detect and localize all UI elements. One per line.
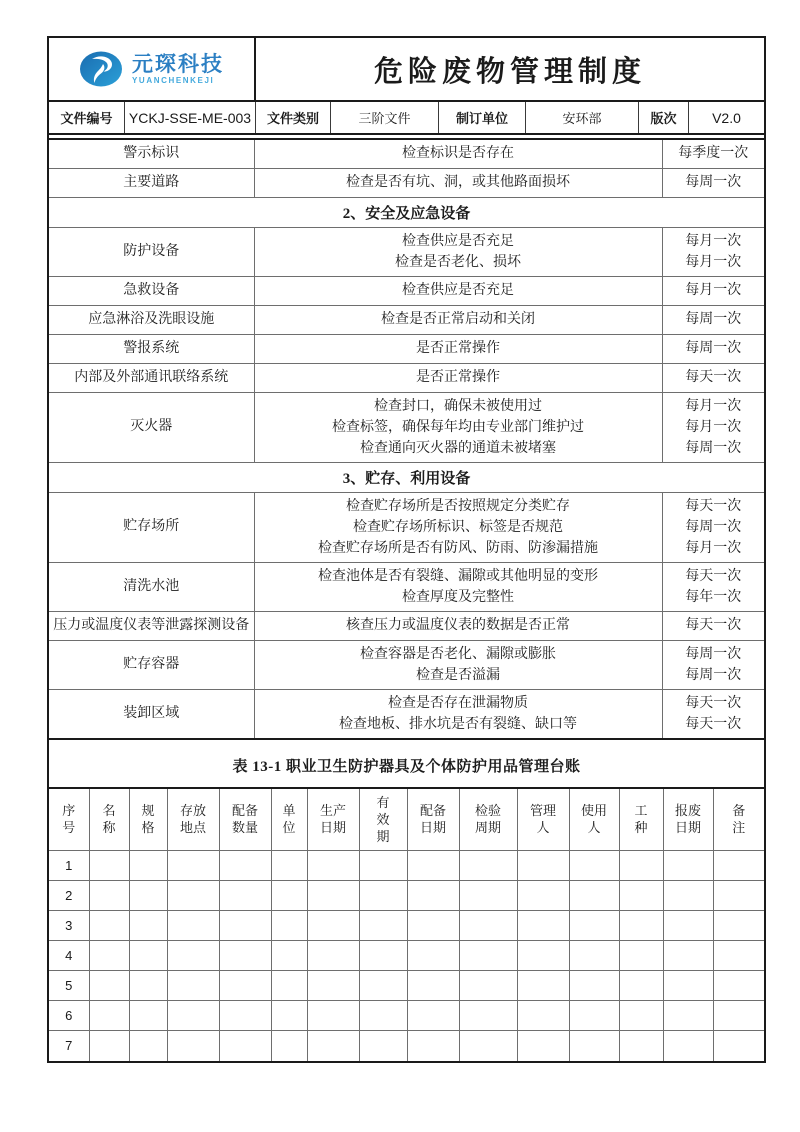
ledger-empty-cell	[89, 851, 129, 881]
ledger-empty-cell	[167, 881, 219, 911]
ledger-empty-cell	[663, 881, 713, 911]
inspection-check-content: 检查标识是否存在	[254, 139, 662, 168]
ledger-row: 2	[49, 881, 764, 911]
ledger-header-cell: 序号	[49, 788, 89, 851]
ledger-empty-cell	[307, 851, 359, 881]
inspection-check-content: 核查压力或温度仪表的数据是否正常	[254, 611, 662, 640]
inspection-check-content: 检查是否存在泄漏物质检查地板、排水坑是否有裂缝、缺口等	[254, 689, 662, 739]
ledger-header-cell: 检验周期	[459, 788, 517, 851]
inspection-check-content: 检查是否正常启动和关闭	[254, 305, 662, 334]
ledger-empty-cell	[89, 1031, 129, 1061]
ledger-empty-cell	[129, 1031, 167, 1061]
ledger-empty-cell	[713, 881, 764, 911]
inspection-check-content: 检查是否有坑、洞，或其他路面损坏	[254, 168, 662, 197]
brand-name-en: YUANCHENKEJI	[132, 77, 224, 85]
ledger-empty-cell	[407, 941, 459, 971]
check-line: 检查是否存在泄漏物质	[259, 693, 658, 714]
ledger-empty-cell	[713, 911, 764, 941]
logo-text: 元琛科技 YUANCHENKEJI	[132, 54, 224, 85]
ledger-empty-cell	[129, 1001, 167, 1031]
ledger-empty-cell	[307, 941, 359, 971]
ledger-header-cell: 规格	[129, 788, 167, 851]
ledger-empty-cell	[307, 971, 359, 1001]
frequency-line: 每周一次	[667, 338, 761, 359]
frequency-line: 每天一次	[667, 693, 761, 714]
ledger-empty-cell	[89, 911, 129, 941]
inspection-item-name: 内部及外部通讯联络系统	[49, 363, 254, 392]
ledger-empty-cell	[271, 1001, 307, 1031]
inspection-frequency: 每周一次	[662, 168, 764, 197]
ledger-empty-cell	[271, 1031, 307, 1061]
ledger-empty-cell	[713, 941, 764, 971]
check-line: 检查标签，确保每年均由专业部门维护过	[259, 417, 658, 438]
check-line: 检查供应是否充足	[259, 280, 658, 301]
inspection-check-content: 检查封口，确保未被使用过检查标签，确保每年均由专业部门维护过检查通向灭火器的通道…	[254, 392, 662, 462]
document-header: 元琛科技 YUANCHENKEJI 危险废物管理制度	[49, 38, 764, 102]
inspection-frequency: 每天一次每年一次	[662, 562, 764, 611]
ledger-row-number: 5	[49, 971, 89, 1001]
frequency-line: 每天一次	[667, 566, 761, 587]
frequency-line: 每月一次	[667, 231, 761, 252]
frequency-line: 每月一次	[667, 396, 761, 417]
inspection-item-name: 防护设备	[49, 227, 254, 276]
inspection-check-content: 是否正常操作	[254, 363, 662, 392]
ledger-empty-cell	[167, 911, 219, 941]
ledger-header-cell: 存放地点	[167, 788, 219, 851]
ledger-empty-cell	[663, 941, 713, 971]
ledger-empty-cell	[307, 1001, 359, 1031]
ledger-empty-cell	[167, 971, 219, 1001]
frequency-line: 每年一次	[667, 587, 761, 608]
inspection-frequency: 每季度一次	[662, 139, 764, 168]
ledger-empty-cell	[619, 851, 663, 881]
ledger-table-title: 表 13-1 职业卫生防护器具及个体防护用品管理台账	[49, 755, 764, 776]
inspection-item-row: 贮存容器检查容器是否老化、漏隙或膨胀检查是否溢漏每周一次每周一次	[49, 640, 764, 689]
inspection-frequency: 每月一次每月一次	[662, 227, 764, 276]
inspection-item-name: 清洗水池	[49, 562, 254, 611]
check-line: 检查是否有坑、洞，或其他路面损坏	[259, 172, 658, 193]
ledger-table-body: 1 2 3 4 5 6 7	[49, 851, 764, 1061]
ledger-header-cell: 名称	[89, 788, 129, 851]
check-line: 检查地板、排水坑是否有裂缝、缺口等	[259, 714, 658, 735]
doc-number-value: YCKJ-SSE-ME-003	[125, 102, 256, 133]
ledger-empty-cell	[459, 911, 517, 941]
ledger-empty-cell	[619, 881, 663, 911]
inspection-check-content: 检查供应是否充足检查是否老化、损坏	[254, 227, 662, 276]
ledger-row: 5	[49, 971, 764, 1001]
ledger-header-row: 序号名称规格存放地点配备数量单位生产日期有效期配备日期检验周期管理人使用人工种报…	[49, 788, 764, 851]
check-line: 检查通向灭火器的通道未被堵塞	[259, 438, 658, 459]
ledger-empty-cell	[167, 1031, 219, 1061]
frequency-line: 每月一次	[667, 417, 761, 438]
inspection-item-row: 防护设备检查供应是否充足检查是否老化、损坏每月一次每月一次	[49, 227, 764, 276]
ledger-header-cell: 报废日期	[663, 788, 713, 851]
ledger-empty-cell	[359, 971, 407, 1001]
inspection-item-row: 警报系统是否正常操作每周一次	[49, 334, 764, 363]
inspection-frequency: 每周一次	[662, 334, 764, 363]
check-line: 检查标识是否存在	[259, 143, 658, 164]
ledger-empty-cell	[459, 881, 517, 911]
inspection-check-content: 是否正常操作	[254, 334, 662, 363]
ledger-empty-cell	[663, 911, 713, 941]
ledger-empty-cell	[407, 971, 459, 1001]
ledger-empty-cell	[569, 1031, 619, 1061]
inspection-frequency: 每周一次	[662, 305, 764, 334]
ledger-empty-cell	[713, 971, 764, 1001]
inspection-frequency: 每天一次每周一次每月一次	[662, 492, 764, 562]
ledger-row: 1	[49, 851, 764, 881]
ledger-empty-cell	[307, 1031, 359, 1061]
frequency-line: 每周一次	[667, 172, 761, 193]
ledger-empty-cell	[271, 911, 307, 941]
inspection-item-name: 贮存容器	[49, 640, 254, 689]
ledger-empty-cell	[219, 941, 271, 971]
doc-category-label: 文件类别	[256, 102, 331, 133]
check-line: 检查池体是否有裂缝、漏隙或其他明显的变形	[259, 566, 658, 587]
ledger-empty-cell	[407, 1001, 459, 1031]
ledger-empty-cell	[619, 941, 663, 971]
ledger-empty-cell	[129, 911, 167, 941]
ledger-empty-cell	[219, 1001, 271, 1031]
ledger-row: 3	[49, 911, 764, 941]
inspection-item-row: 清洗水池检查池体是否有裂缝、漏隙或其他明显的变形检查厚度及完整性每天一次每年一次	[49, 562, 764, 611]
inspection-check-content: 检查供应是否充足	[254, 276, 662, 305]
ledger-header-cell: 工种	[619, 788, 663, 851]
inspection-item-name: 主要道路	[49, 168, 254, 197]
frequency-line: 每月一次	[667, 538, 761, 559]
ledger-empty-cell	[407, 851, 459, 881]
ledger-row-number: 6	[49, 1001, 89, 1031]
ledger-row: 6	[49, 1001, 764, 1031]
ledger-header-cell: 配备日期	[407, 788, 459, 851]
inspection-item-row: 压力或温度仪表等泄露探测设备核查压力或温度仪表的数据是否正常每天一次	[49, 611, 764, 640]
check-line: 检查厚度及完整性	[259, 587, 658, 608]
inspection-frequency: 每月一次每月一次每周一次	[662, 392, 764, 462]
ledger-row-number: 4	[49, 941, 89, 971]
ledger-empty-cell	[271, 881, 307, 911]
ledger-empty-cell	[517, 851, 569, 881]
frequency-line: 每周一次	[667, 438, 761, 459]
doc-category-value: 三阶文件	[331, 102, 439, 133]
ledger-empty-cell	[569, 881, 619, 911]
frequency-line: 每周一次	[667, 309, 761, 330]
ledger-empty-cell	[167, 941, 219, 971]
ledger-empty-cell	[407, 881, 459, 911]
ledger-header-cell: 单位	[271, 788, 307, 851]
doc-unit-value: 安环部	[526, 102, 639, 133]
ledger-header-cell: 配备数量	[219, 788, 271, 851]
inspection-item-name: 警报系统	[49, 334, 254, 363]
inspection-item-name: 应急淋浴及洗眼设施	[49, 305, 254, 334]
inspection-item-name: 灭火器	[49, 392, 254, 462]
frequency-line: 每周一次	[667, 665, 761, 686]
ledger-empty-cell	[517, 941, 569, 971]
doc-version-value: V2.0	[689, 102, 764, 133]
ledger-empty-cell	[219, 851, 271, 881]
frequency-line: 每月一次	[667, 280, 761, 301]
ledger-empty-cell	[569, 1001, 619, 1031]
inspection-check-content: 检查贮存场所是否按照规定分类贮存检查贮存场所标识、标签是否规范检查贮存场所是否有…	[254, 492, 662, 562]
frequency-line: 每周一次	[667, 517, 761, 538]
ledger-row-number: 7	[49, 1031, 89, 1061]
ledger-empty-cell	[459, 851, 517, 881]
ledger-empty-cell	[517, 1001, 569, 1031]
frequency-line: 每天一次	[667, 714, 761, 735]
ledger-empty-cell	[569, 971, 619, 1001]
ledger-empty-cell	[89, 941, 129, 971]
frequency-line: 每周一次	[667, 644, 761, 665]
check-line: 核查压力或温度仪表的数据是否正常	[259, 615, 658, 636]
ledger-row-number: 3	[49, 911, 89, 941]
ledger-empty-cell	[129, 941, 167, 971]
ledger-empty-cell	[407, 1031, 459, 1061]
ledger-empty-cell	[517, 881, 569, 911]
ledger-empty-cell	[129, 851, 167, 881]
check-line: 检查是否溢漏	[259, 665, 658, 686]
inspection-frequency: 每周一次每周一次	[662, 640, 764, 689]
frequency-line: 每天一次	[667, 367, 761, 388]
ledger-header-cell: 管理人	[517, 788, 569, 851]
section-header-label: 2、安全及应急设备	[49, 197, 764, 227]
ledger-row: 7	[49, 1031, 764, 1061]
doc-info-row: 文件编号 YCKJ-SSE-ME-003 文件类别 三阶文件 制订单位 安环部 …	[49, 102, 764, 135]
ledger-empty-cell	[569, 851, 619, 881]
frequency-line: 每天一次	[667, 615, 761, 636]
ledger-empty-cell	[517, 1031, 569, 1061]
doc-number-label: 文件编号	[49, 102, 125, 133]
check-line: 检查供应是否充足	[259, 231, 658, 252]
ledger-empty-cell	[517, 971, 569, 1001]
inspection-check-content: 检查容器是否老化、漏隙或膨胀检查是否溢漏	[254, 640, 662, 689]
ledger-empty-cell	[517, 911, 569, 941]
ledger-empty-cell	[129, 881, 167, 911]
ledger-empty-cell	[713, 851, 764, 881]
ledger-empty-cell	[569, 941, 619, 971]
ledger-header-cell: 备注	[713, 788, 764, 851]
ledger-header-cell: 使用人	[569, 788, 619, 851]
inspection-section-row: 2、安全及应急设备	[49, 197, 764, 227]
ledger-empty-cell	[619, 1001, 663, 1031]
ledger-row-number: 2	[49, 881, 89, 911]
page-title: 危险废物管理制度	[256, 38, 764, 100]
ledger-empty-cell	[359, 1031, 407, 1061]
check-line: 检查贮存场所标识、标签是否规范	[259, 517, 658, 538]
brand-name-cn: 元琛科技	[132, 54, 224, 75]
ledger-empty-cell	[663, 851, 713, 881]
frequency-line: 每季度一次	[667, 143, 761, 164]
ledger-empty-cell	[129, 971, 167, 1001]
inspection-table: 警示标识检查标识是否存在每季度一次主要道路检查是否有坑、洞，或其他路面损坏每周一…	[49, 138, 764, 740]
inspection-item-name: 装卸区域	[49, 689, 254, 739]
ledger-empty-cell	[459, 971, 517, 1001]
frequency-line: 每天一次	[667, 496, 761, 517]
inspection-frequency: 每天一次	[662, 611, 764, 640]
inspection-item-name: 贮存场所	[49, 492, 254, 562]
ledger-empty-cell	[307, 881, 359, 911]
ledger-header-cell: 有效期	[359, 788, 407, 851]
inspection-item-row: 急救设备检查供应是否充足每月一次	[49, 276, 764, 305]
ledger-empty-cell	[89, 971, 129, 1001]
ledger-empty-cell	[359, 851, 407, 881]
ledger-empty-cell	[459, 1001, 517, 1031]
ledger-row: 4	[49, 941, 764, 971]
ledger-empty-cell	[167, 1001, 219, 1031]
inspection-item-name: 警示标识	[49, 139, 254, 168]
inspection-item-name: 急救设备	[49, 276, 254, 305]
ledger-empty-cell	[713, 1031, 764, 1061]
ledger-empty-cell	[663, 1031, 713, 1061]
ledger-empty-cell	[713, 1001, 764, 1031]
ledger-empty-cell	[167, 851, 219, 881]
inspection-section-row: 3、贮存、利用设备	[49, 462, 764, 492]
ledger-empty-cell	[619, 971, 663, 1001]
ledger-row-number: 1	[49, 851, 89, 881]
doc-unit-label: 制订单位	[439, 102, 526, 133]
ledger-empty-cell	[407, 911, 459, 941]
inspection-frequency: 每月一次	[662, 276, 764, 305]
ledger-empty-cell	[569, 911, 619, 941]
ledger-table: 序号名称规格存放地点配备数量单位生产日期有效期配备日期检验周期管理人使用人工种报…	[49, 787, 764, 1061]
check-line: 检查是否老化、损坏	[259, 252, 658, 273]
ledger-empty-cell	[89, 1001, 129, 1031]
doc-version-label: 版次	[639, 102, 689, 133]
ledger-empty-cell	[359, 911, 407, 941]
document-page: 元琛科技 YUANCHENKEJI 危险废物管理制度 文件编号 YCKJ-SSE…	[47, 36, 766, 1063]
check-line: 检查容器是否老化、漏隙或膨胀	[259, 644, 658, 665]
ledger-empty-cell	[271, 971, 307, 1001]
company-logo: 元琛科技 YUANCHENKEJI	[49, 38, 256, 100]
ledger-empty-cell	[359, 941, 407, 971]
ledger-empty-cell	[359, 881, 407, 911]
inspection-item-row: 贮存场所检查贮存场所是否按照规定分类贮存检查贮存场所标识、标签是否规范检查贮存场…	[49, 492, 764, 562]
inspection-check-content: 检查池体是否有裂缝、漏隙或其他明显的变形检查厚度及完整性	[254, 562, 662, 611]
inspection-frequency: 每天一次	[662, 363, 764, 392]
ledger-empty-cell	[307, 911, 359, 941]
check-line: 检查贮存场所是否有防风、防雨、防渗漏措施	[259, 538, 658, 559]
check-line: 是否正常操作	[259, 367, 658, 388]
inspection-item-row: 灭火器检查封口，确保未被使用过检查标签，确保每年均由专业部门维护过检查通向灭火器…	[49, 392, 764, 462]
inspection-item-row: 警示标识检查标识是否存在每季度一次	[49, 139, 764, 168]
ledger-empty-cell	[219, 971, 271, 1001]
ledger-empty-cell	[219, 1031, 271, 1061]
check-line: 检查封口，确保未被使用过	[259, 396, 658, 417]
check-line: 是否正常操作	[259, 338, 658, 359]
inspection-frequency: 每天一次每天一次	[662, 689, 764, 739]
ledger-empty-cell	[619, 911, 663, 941]
logo-y-swirl-icon	[79, 50, 123, 88]
ledger-empty-cell	[459, 1031, 517, 1061]
ledger-empty-cell	[271, 851, 307, 881]
inspection-table-body: 警示标识检查标识是否存在每季度一次主要道路检查是否有坑、洞，或其他路面损坏每周一…	[49, 139, 764, 739]
ledger-header-cell: 生产日期	[307, 788, 359, 851]
inspection-item-name: 压力或温度仪表等泄露探测设备	[49, 611, 254, 640]
ledger-empty-cell	[271, 941, 307, 971]
ledger-empty-cell	[459, 941, 517, 971]
ledger-empty-cell	[89, 881, 129, 911]
inspection-item-row: 装卸区域检查是否存在泄漏物质检查地板、排水坑是否有裂缝、缺口等每天一次每天一次	[49, 689, 764, 739]
ledger-empty-cell	[663, 1001, 713, 1031]
inspection-item-row: 应急淋浴及洗眼设施检查是否正常启动和关闭每周一次	[49, 305, 764, 334]
ledger-empty-cell	[663, 971, 713, 1001]
inspection-item-row: 主要道路检查是否有坑、洞，或其他路面损坏每周一次	[49, 168, 764, 197]
check-line: 检查是否正常启动和关闭	[259, 309, 658, 330]
section-header-label: 3、贮存、利用设备	[49, 462, 764, 492]
ledger-empty-cell	[219, 881, 271, 911]
check-line: 检查贮存场所是否按照规定分类贮存	[259, 496, 658, 517]
frequency-line: 每月一次	[667, 252, 761, 273]
inspection-item-row: 内部及外部通讯联络系统是否正常操作每天一次	[49, 363, 764, 392]
ledger-empty-cell	[359, 1001, 407, 1031]
ledger-empty-cell	[219, 911, 271, 941]
ledger-empty-cell	[619, 1031, 663, 1061]
